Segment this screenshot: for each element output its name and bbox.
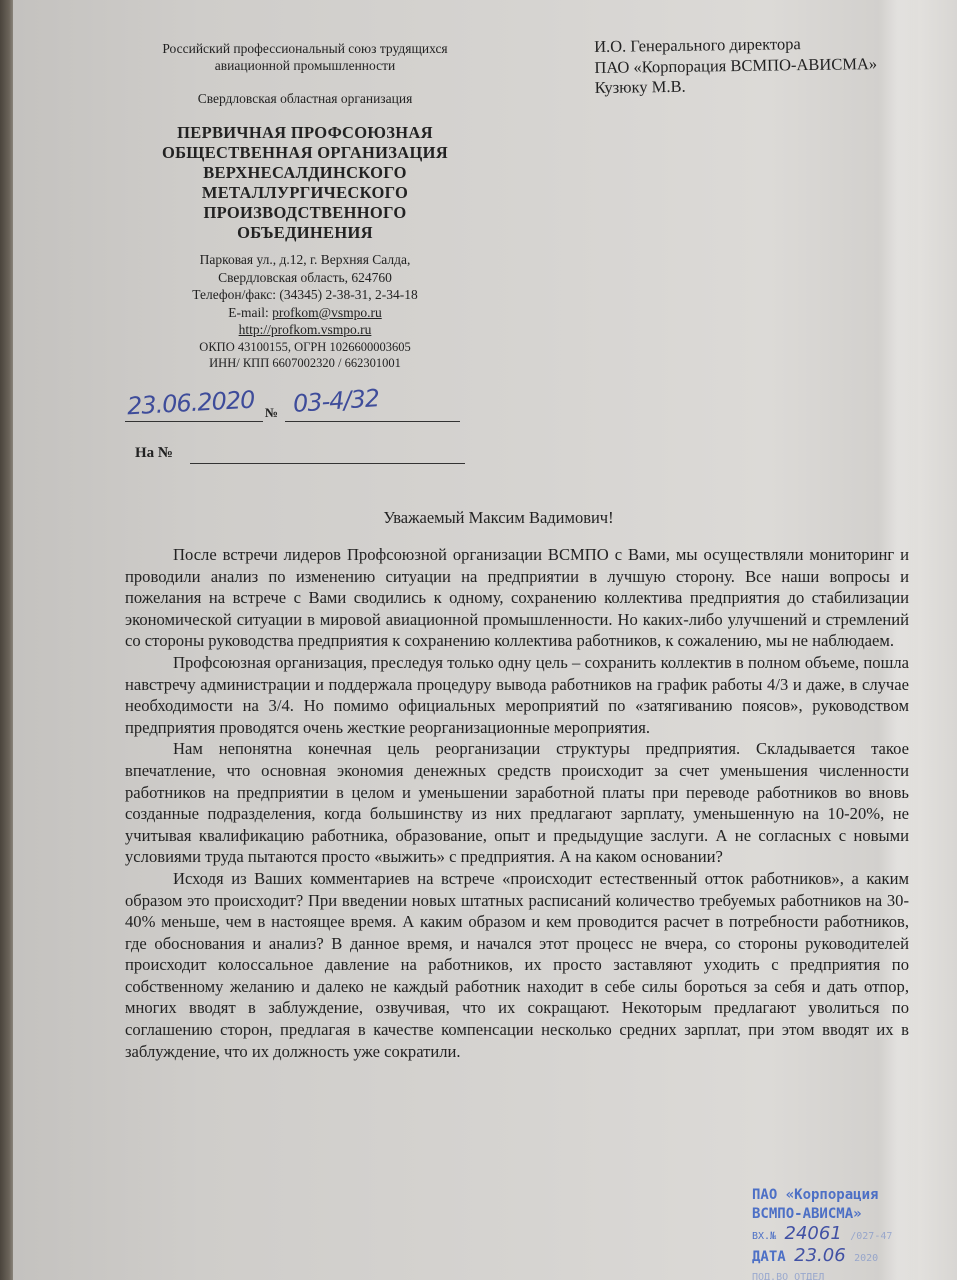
registration-line: 23.06.2020 № 03-4/32 xyxy=(125,385,465,425)
org-name-line: ОБЪЕДИНЕНИЯ xyxy=(130,223,480,243)
email-label: E-mail: xyxy=(228,305,272,320)
reference-label: На № xyxy=(135,445,173,462)
contact-block: Парковая ул., д.12, г. Верхняя Салда, Св… xyxy=(130,251,480,371)
website-link[interactable]: http://profkom.vsmpo.ru xyxy=(239,322,372,337)
address-line: Парковая ул., д.12, г. Верхняя Салда, xyxy=(130,251,480,269)
stamp-incoming-number: 24061 xyxy=(785,1223,842,1244)
org-name-line: ПРОИЗВОДСТВЕННОГО xyxy=(130,203,480,223)
stamp-incoming-label: ВХ.№ xyxy=(752,1231,776,1242)
stamp-date-value: 23.06 xyxy=(794,1245,846,1266)
stamp-line: ВСМПО-АВИСМА» xyxy=(752,1205,952,1224)
paragraph: Нам непонятна конечная цель реорганизаци… xyxy=(125,738,909,868)
organization-name: ПЕРВИЧНАЯ ПРОФСОЮЗНАЯ ОБЩЕСТВЕННАЯ ОРГАН… xyxy=(130,123,480,243)
region-name: Свердловская областная организация xyxy=(130,90,480,107)
stamp-incoming-suffix: /027-47 xyxy=(850,1231,892,1242)
incoming-registration-stamp: ПАО «Корпорация ВСМПО-АВИСМА» ВХ.№ 24061… xyxy=(752,1186,952,1280)
org-name-line: ВЕРХНЕСАЛДИНСКОГО xyxy=(130,163,480,183)
org-name-line: ОБЩЕСТВЕННАЯ ОРГАНИЗАЦИЯ xyxy=(130,143,480,163)
stamp-date-label: ДАТА xyxy=(752,1249,786,1265)
org-name-line: МЕТАЛЛУРГИЧЕСКОГО xyxy=(130,183,480,203)
reference-line: На № xyxy=(135,445,475,469)
number-sign: № xyxy=(265,405,278,421)
stamp-year: 2020 xyxy=(854,1253,878,1264)
letter-body: После встречи лидеров Профсоюзной органи… xyxy=(125,544,909,1062)
recipient-company: ПАО «Корпорация ВСМПО-АВИСМА» xyxy=(594,54,877,78)
stamp-line: ПОД.ВО ОТДЕЛ xyxy=(752,1268,952,1280)
stamp-line: ПАО «Корпорация xyxy=(752,1186,952,1205)
photo-edge-shadow xyxy=(0,0,13,1280)
email-link[interactable]: profkom@vsmpo.ru xyxy=(272,305,382,320)
recipient-name: Кузюку М.В. xyxy=(595,74,878,98)
paragraph: Исходя из Ваших комментариев на встрече … xyxy=(125,868,909,1062)
union-name: Российский профессиональный союз трудящи… xyxy=(130,40,480,74)
stamp-date-row: ДАТА 23.06 2020 xyxy=(752,1246,952,1268)
org-name-line: ПЕРВИЧНАЯ ПРОФСОЮЗНАЯ xyxy=(130,123,480,143)
phone-fax: Телефон/факс: (34345) 2-38-31, 2-34-18 xyxy=(130,286,480,304)
okpo-ogrn: ОКПО 43100155, ОГРН 1026600003605 xyxy=(130,339,480,355)
reference-field xyxy=(190,445,465,464)
paragraph: Профсоюзная организация, преследуя тольк… xyxy=(125,652,909,738)
inn-kpp: ИНН/ КПП 6607002320 / 662301001 xyxy=(130,355,480,371)
handwritten-number: 03-4/32 xyxy=(292,384,380,418)
letterhead: Российский профессиональный союз трудящи… xyxy=(130,40,480,371)
recipient-block: И.О. Генерального директора ПАО «Корпора… xyxy=(594,33,878,98)
email-row: E-mail: profkom@vsmpo.ru xyxy=(130,304,480,322)
salutation: Уважаемый Максим Вадимович! xyxy=(0,508,957,528)
address-line: Свердловская область, 624760 xyxy=(130,269,480,287)
stamp-incoming-row: ВХ.№ 24061 /027-47 xyxy=(752,1224,952,1246)
paragraph: После встречи лидеров Профсоюзной органи… xyxy=(125,544,909,652)
